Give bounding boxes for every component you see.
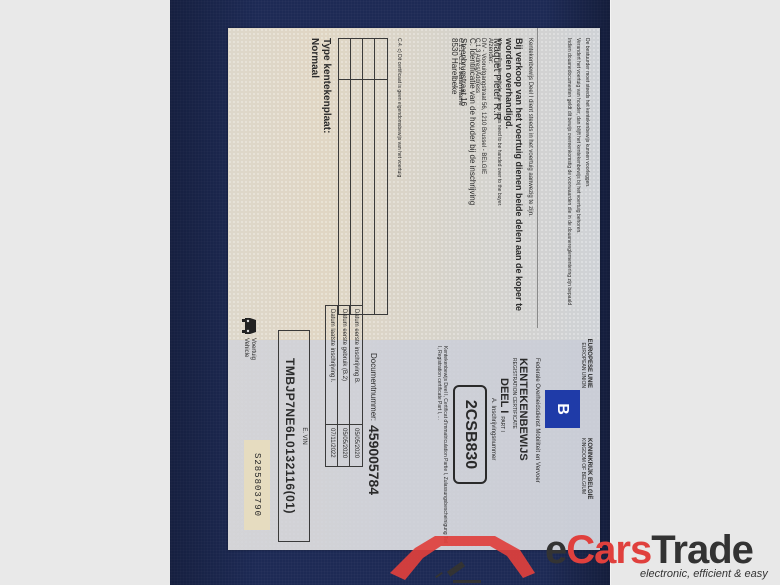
address-line: Steenbrugstraat 16 <box>459 38 468 106</box>
date-row: Datum eerste gebruik (B.2) 05/05/2020 <box>337 306 350 466</box>
sale-note: Bij verkoop van het voertuig dienen beid… <box>504 38 524 328</box>
serial-sticker: S285803790 <box>244 440 270 530</box>
eu-flag-icon: B <box>545 390 580 428</box>
header-line: Verandert het voertuig van houder, dan b… <box>575 38 581 328</box>
date-label: Datum laatste inschrijving I. <box>326 309 338 382</box>
part-text: DEEL I <box>498 378 510 413</box>
left-margin <box>0 0 170 585</box>
eu-label: EUROPESE UNIE EUROPEAN UNION <box>580 338 592 388</box>
vin-box: E. VIN TMBJP7NE6L0132116(01) <box>278 330 310 542</box>
car-icon <box>242 316 258 336</box>
part-label: DEEL I PART I <box>498 378 510 432</box>
certificate-title: KENTEKENBEWIJS REGISTRATION CERTIFICATE <box>511 358 528 461</box>
ecarstrade-tagline: electronic, efficient & easy <box>640 568 768 580</box>
vehicle-label-en: Vehicle <box>242 338 249 360</box>
right-margin <box>610 0 780 585</box>
empty-grid-table <box>338 38 388 315</box>
date-value: 07/11/2022 <box>326 424 338 458</box>
ownership-note: C.4. c) Dit certificaat is geen eigendom… <box>396 38 402 177</box>
date-label: Datum eerste inschrijving B. <box>350 309 362 384</box>
country-label-text: KONINKRIJK BELGIË <box>586 438 592 499</box>
plate-type-value: Normaal <box>309 38 320 78</box>
header-line: Indien douanedocumenten geldt dit bewijs… <box>566 38 572 328</box>
country-letter: B <box>554 403 572 415</box>
plate-number: 2CSB830 <box>453 385 487 484</box>
holder-name: Maquet Pieter R.R <box>491 38 502 120</box>
brand-cars: Cars <box>566 528 651 572</box>
eu-sub-text: EUROPEAN UNION <box>580 338 586 388</box>
vin-value: TMBJP7NE6L0132116(01) <box>283 331 297 541</box>
registration-certificate: De bestuurder moet steeds het kentekenbe… <box>228 28 600 550</box>
date-row: Datum eerste inschrijving B. 05/05/2020 <box>349 306 362 466</box>
country-sub-text: KINGDOM OF BELGIUM <box>580 438 586 499</box>
dates-table: Datum eerste inschrijving B. 05/05/2020 … <box>325 305 363 467</box>
date-row: Datum laatste inschrijving I. 07/11/2022 <box>326 306 338 466</box>
date-value: 05/05/2020 <box>350 424 362 458</box>
ecarstrade-logo: eCarsTrade <box>545 530 753 570</box>
plate-type-label: Type kentekenplaat: <box>321 38 332 133</box>
country-label: KONINKRIJK BELGIË KINGDOM OF BELGIUM <box>580 438 592 499</box>
document-number-label: Documentnummer: <box>369 353 378 421</box>
document-number: 459005784 <box>366 425 382 495</box>
header-line: De bestuurder moet steeds het kentekenbe… <box>584 38 590 328</box>
legal-text: Kentekenbewijs Deel I, Certificat d'imma… <box>436 346 448 546</box>
sender-value: DIV - Vooruitgangstraat 56, 1210 Brussel… <box>479 38 486 174</box>
brand-trade: Trade <box>651 528 753 572</box>
vin-label: E. VIN <box>301 331 307 541</box>
eu-label-text: EUROPESE UNIE <box>586 338 592 388</box>
date-label: Datum eerste gebruik (B.2) <box>338 309 350 381</box>
title-text: KENTEKENBEWIJS <box>517 358 528 461</box>
keep-note: Kentekenbewijs Deel I dient steeds in he… <box>526 38 533 217</box>
ecarstrade-car-logo-icon <box>385 528 545 585</box>
address-label: C.1.3 Adres/Address <box>473 38 480 93</box>
address-line: 8530 Harelbeke <box>450 38 459 106</box>
header-notes: De bestuurder moet steeds het kentekenbe… <box>563 38 590 328</box>
vehicle-label: Voertuig Vehicle <box>242 338 256 360</box>
brand-e: e <box>545 528 566 572</box>
authority: Federale Overheidsdienst Mobiliteit en V… <box>533 358 540 483</box>
part-sub: PART I <box>499 416 505 432</box>
holder-address: Steenbrugstraat 16 8530 Harelbeke <box>450 38 468 106</box>
plate-label: A. Inschrijvingsnummer <box>489 398 496 460</box>
vehicle-label-nl: Voertuig <box>249 338 256 360</box>
date-value: 05/05/2020 <box>338 424 350 458</box>
